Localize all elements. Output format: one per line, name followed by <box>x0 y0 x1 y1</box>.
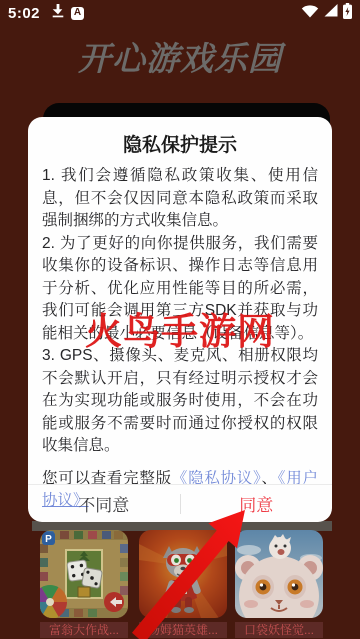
signal-icon <box>324 4 338 22</box>
privacy-dialog: 隐私保护提示 1. 我们会遵循隐私政策收集、使用信息，但不会仅因同意本隐私政策而… <box>28 117 332 522</box>
download-icon <box>52 4 64 23</box>
page-title: 开心游戏乐园 <box>0 33 360 80</box>
battery-icon <box>343 3 352 24</box>
status-bar: 5:02 A <box>0 0 360 26</box>
game-icon <box>139 530 227 618</box>
game-icon <box>235 530 323 618</box>
policy-paragraph-1: 1. 我们会遵循隐私政策收集、使用信息，但不会仅因同意本隐私政策而采取强制捆绑的… <box>42 165 318 233</box>
game-card[interactable]: 汤姆猫英雄... <box>139 530 227 618</box>
disagree-button[interactable]: 不同意 <box>28 491 180 516</box>
phone-screen: 5:02 A 开心游戏乐园 <box>0 0 360 639</box>
notification-badge: A <box>71 7 84 20</box>
policy-paragraph-2: 2. 为了更好的向你提供服务，我们需要收集你的设备标识、操作日志等信息用于分析、… <box>42 233 318 346</box>
clock: 5:02 <box>8 5 40 22</box>
agree-button[interactable]: 同意 <box>181 491 333 516</box>
svg-text:P: P <box>45 534 52 545</box>
game-title: 富翁大作战... <box>40 622 128 638</box>
policy-paragraph-3: 3. GPS、摄像头、麦克风、相册权限均不会默认开启，只有经过明示授权才会在为实… <box>42 345 318 458</box>
wifi-icon <box>301 4 319 23</box>
game-card[interactable]: P 富翁大作战... <box>40 530 128 618</box>
dialog-buttons: 不同意 同意 <box>28 485 332 522</box>
game-title: 口袋妖怪觉... <box>235 622 323 638</box>
game-title: 汤姆猫英雄... <box>139 622 227 638</box>
dialog-title: 隐私保护提示 <box>28 130 332 157</box>
game-card[interactable]: 口袋妖怪觉... <box>235 530 323 618</box>
game-icon: P <box>40 530 128 618</box>
dialog-body: 1. 我们会遵循隐私政策收集、使用信息，但不会仅因同意本隐私政策而采取强制捆绑的… <box>28 165 332 513</box>
